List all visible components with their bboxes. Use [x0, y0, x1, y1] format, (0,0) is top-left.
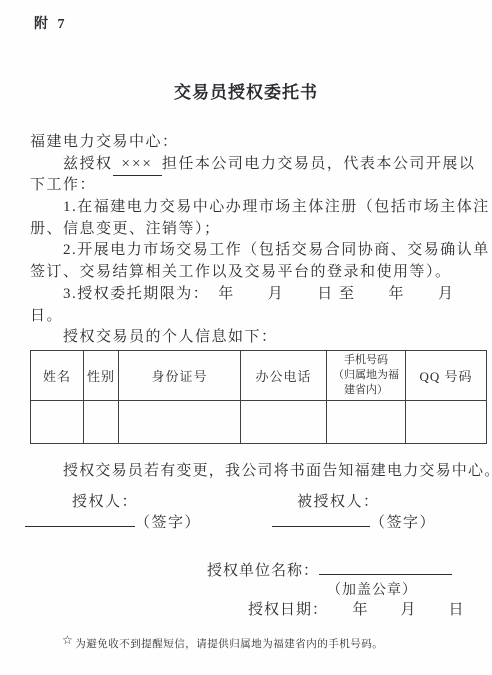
- unit-name-label: 授权单位名称：: [207, 563, 319, 579]
- header-cell-qq: QQ 号码: [406, 351, 487, 401]
- item3-line1: 3.授权委托期限为： 年 月 日 至 年 月: [30, 284, 486, 306]
- table-header-row: 姓名 性别 身份证号 办公电话 手机号码 （归属地为福 建省内） QQ 号码: [31, 351, 487, 401]
- authorized-signature-blank: [272, 510, 370, 527]
- body-line-following: 下工作：: [30, 175, 486, 197]
- authorized-person-label: 被授权人：: [297, 490, 380, 511]
- authorized-signature-line: （签字）: [272, 510, 436, 532]
- item3-line2: 日。: [30, 306, 486, 328]
- authorized-name-blank: ×××: [113, 154, 162, 177]
- document-title: 交易员授权委托书: [0, 78, 492, 103]
- cell-name: [31, 400, 84, 443]
- item1-line1: 1.在福建电力交易中心办理市场主体注册（包括市场主体注: [30, 197, 486, 219]
- authorize-line-pre: 兹授权: [63, 156, 113, 172]
- header-cell-gender: 性别: [84, 351, 119, 401]
- cell-qq: [406, 400, 487, 443]
- footnote: ☆为避免收不到提醒短信，请提供归属地为福建省内的手机号码。: [62, 636, 383, 651]
- cell-mobile-phone: [327, 400, 406, 443]
- authorization-date-line: 授权日期： 年 月 日: [248, 598, 465, 619]
- cell-office-phone: [241, 400, 327, 443]
- footnote-text: 为避免收不到提醒短信，请提供归属地为福建省内的手机号码。: [75, 639, 383, 650]
- authorized-sign-hint: （签字）: [370, 515, 436, 531]
- change-notice-line: 授权交易员若有变更，我公司将书面告知福建电力交易中心。: [30, 459, 490, 480]
- authorizer-sign-hint: （签字）: [135, 515, 201, 531]
- item2-line2: 签订、交易结算相关工作以及交易平台的登录和使用等）。: [30, 262, 486, 284]
- info-intro-line: 授权交易员的个人信息如下：: [30, 327, 486, 349]
- authorize-line: 兹授权×××担任本公司电力交易员，代表本公司开展以: [30, 154, 486, 176]
- item2-line1: 2.开展电力市场交易工作（包括交易合同协商、交易确认单: [30, 240, 486, 262]
- table-row: [31, 400, 487, 443]
- unit-name-line: 授权单位名称：: [207, 558, 452, 580]
- cell-gender: [84, 400, 119, 443]
- cell-id-number: [119, 400, 241, 443]
- header-cell-id-number: 身份证号: [119, 351, 241, 401]
- item1-line2: 册、信息变更、注销等）；: [30, 219, 486, 241]
- salutation-line: 福建电力交易中心：: [30, 132, 486, 154]
- authorization-document-page: 附 7 交易员授权委托书 福建电力交易中心： 兹授权×××担任本公司电力交易员，…: [0, 0, 492, 675]
- footnote-star-icon: ☆: [62, 633, 73, 648]
- authorizer-signature-blank: [25, 510, 135, 527]
- authorizer-signature-line: （签字）: [25, 510, 201, 532]
- document-body: 福建电力交易中心： 兹授权×××担任本公司电力交易员，代表本公司开展以 下工作：…: [30, 132, 486, 349]
- attachment-label: 附 7: [34, 13, 68, 33]
- authorizer-label: 授权人：: [72, 490, 138, 511]
- trader-info-table: 姓名 性别 身份证号 办公电话 手机号码 （归属地为福 建省内） QQ 号码: [30, 350, 487, 444]
- header-cell-mobile-phone: 手机号码 （归属地为福 建省内）: [327, 351, 406, 401]
- seal-hint: （加盖公章）: [327, 579, 417, 599]
- header-cell-name: 姓名: [31, 351, 84, 401]
- unit-name-blank: [319, 558, 452, 575]
- header-cell-office-phone: 办公电话: [241, 351, 327, 401]
- authorize-line-post: 担任本公司电力交易员，代表本公司开展以: [162, 156, 476, 172]
